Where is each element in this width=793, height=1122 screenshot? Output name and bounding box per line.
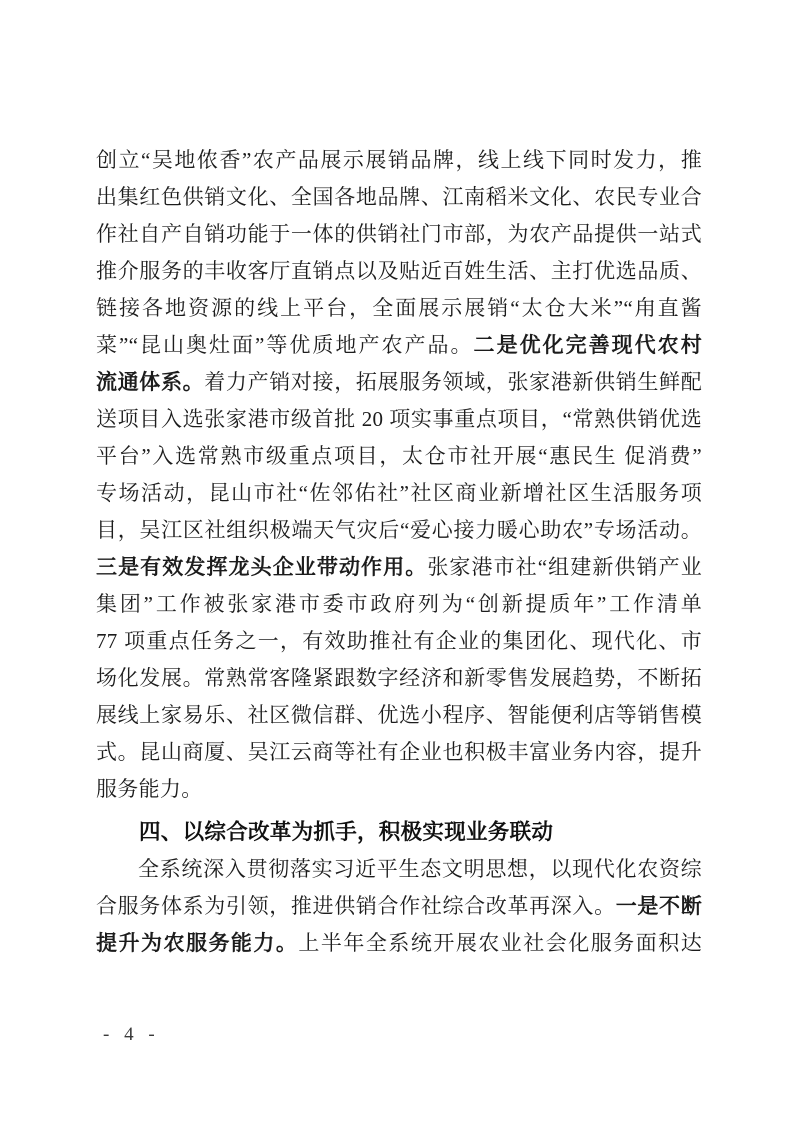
text-line: 推介服务的丰收客厅直销点以及贴近百姓生活、主打优选品质、 [96, 253, 702, 290]
document-body: 创立“吴地侬香”农产品展示展销品牌，线上线下同时发力，推出集红色供销文化、全国各… [96, 142, 702, 962]
text-line: 平台”入选常熟市级重点项目，太仓市社开展“惠民生 促消费” [96, 438, 702, 475]
body-text: 展线上家易乐、社区微信群、优选小程序、智能便利店等销售模 [96, 703, 702, 727]
text-line: 式。昆山商厦、吴江云商等社有企业也积极丰富业务内容，提升 [96, 734, 702, 771]
emphasis-text: 提升为农服务能力。 [96, 931, 298, 955]
body-text: 专场活动，昆山市社“佐邻佑社”社区商业新增社区生活服务项 [96, 481, 702, 505]
section-heading: 四、以综合改革为抓手，积极实现业务联动 [96, 814, 702, 851]
text-line: 展线上家易乐、社区微信群、优选小程序、智能便利店等销售模 [96, 697, 702, 734]
emphasis-text: 一是不断 [616, 894, 702, 918]
emphasis-text: 流通体系。 [96, 370, 204, 394]
body-text: 推介服务的丰收客厅直销点以及贴近百姓生活、主打优选品质、 [96, 259, 702, 283]
document-page: 创立“吴地侬香”农产品展示展销品牌，线上线下同时发力，推出集红色供销文化、全国各… [0, 0, 793, 1122]
text-line: 专场活动，昆山市社“佐邻佑社”社区商业新增社区生活服务项 [96, 475, 702, 512]
emphasis-text: 三是有效发挥龙头企业带动作用。 [96, 555, 427, 579]
text-line: 链接各地资源的线上平台，全面展示展销“太仓大米”“甪直酱 [96, 290, 702, 327]
text-line: 提升为农服务能力。上半年全系统开展农业社会化服务面积达 [96, 925, 702, 962]
body-text: 链接各地资源的线上平台，全面展示展销“太仓大米”“甪直酱 [96, 296, 702, 320]
text-line: 全系统深入贯彻落实习近平生态文明思想，以现代化农资综 [96, 851, 702, 888]
text-line: 创立“吴地侬香”农产品展示展销品牌，线上线下同时发力，推 [96, 142, 702, 179]
text-line: 出集红色供销文化、全国各地品牌、江南稻米文化、农民专业合 [96, 179, 702, 216]
text-line: 流通体系。着力产销对接，拓展服务领域，张家港新供销生鲜配 [96, 364, 702, 401]
body-text: 创立“吴地侬香”农产品展示展销品牌，线上线下同时发力，推 [96, 148, 702, 172]
body-text: 作社自产自销功能于一体的供销社门市部，为农产品提供一站式 [96, 222, 702, 246]
body-text: 平台”入选常熟市级重点项目，太仓市社开展“惠民生 促消费” [96, 444, 702, 468]
body-text: 77 项重点任务之一，有效助推社有企业的集团化、现代化、市 [96, 629, 702, 653]
body-text: 送项目入选张家港市级首批 20 项实事重点项目，“常熟供销优选 [96, 407, 702, 431]
text-line: 三是有效发挥龙头企业带动作用。张家港市社“组建新供销产业 [96, 549, 702, 586]
text-line: 场化发展。常熟常客隆紧跟数字经济和新零售发展趋势，不断拓 [96, 660, 702, 697]
body-text: 集团”工作被张家港市委市政府列为“创新提质年”工作清单 [96, 592, 702, 616]
body-text: 式。昆山商厦、吴江云商等社有企业也积极丰富业务内容，提升 [96, 740, 702, 764]
body-text: 出集红色供销文化、全国各地品牌、江南稻米文化、农民专业合 [96, 185, 702, 209]
body-text: 张家港市社“组建新供销产业 [427, 555, 702, 579]
body-text: 目，吴江区社组织极端天气灾后“爱心接力暖心助农”专场活动。 [96, 518, 702, 542]
body-text: 上半年全系统开展农业社会化服务面积达 [298, 931, 702, 955]
body-text: 着力产销对接，拓展服务领域，张家港新供销生鲜配 [204, 370, 702, 394]
text-line: 77 项重点任务之一，有效助推社有企业的集团化、现代化、市 [96, 623, 702, 660]
body-text: 全系统深入贯彻落实习近平生态文明思想，以现代化农资综 [138, 857, 702, 881]
text-line: 合服务体系为引领，推进供销合作社综合改革再深入。一是不断 [96, 888, 702, 925]
text-line: 菜”“昆山奥灶面”等优质地产农产品。二是优化完善现代农村 [96, 327, 702, 364]
page-number: - 4 - [103, 1024, 160, 1046]
text-line: 集团”工作被张家港市委市政府列为“创新提质年”工作清单 [96, 586, 702, 623]
text-line: 目，吴江区社组织极端天气灾后“爱心接力暖心助农”专场活动。 [96, 512, 702, 549]
body-text: 菜”“昆山奥灶面”等优质地产农产品。 [96, 333, 474, 357]
body-text: 合服务体系为引领，推进供销合作社综合改革再深入。 [96, 894, 616, 918]
body-text: 服务能力。 [96, 777, 203, 801]
text-line: 作社自产自销功能于一体的供销社门市部，为农产品提供一站式 [96, 216, 702, 253]
emphasis-text: 二是优化完善现代农村 [474, 333, 702, 357]
body-text: 场化发展。常熟常客隆紧跟数字经济和新零售发展趋势，不断拓 [96, 666, 702, 690]
text-line: 服务能力。 [96, 771, 702, 808]
text-line: 送项目入选张家港市级首批 20 项实事重点项目，“常熟供销优选 [96, 401, 702, 438]
